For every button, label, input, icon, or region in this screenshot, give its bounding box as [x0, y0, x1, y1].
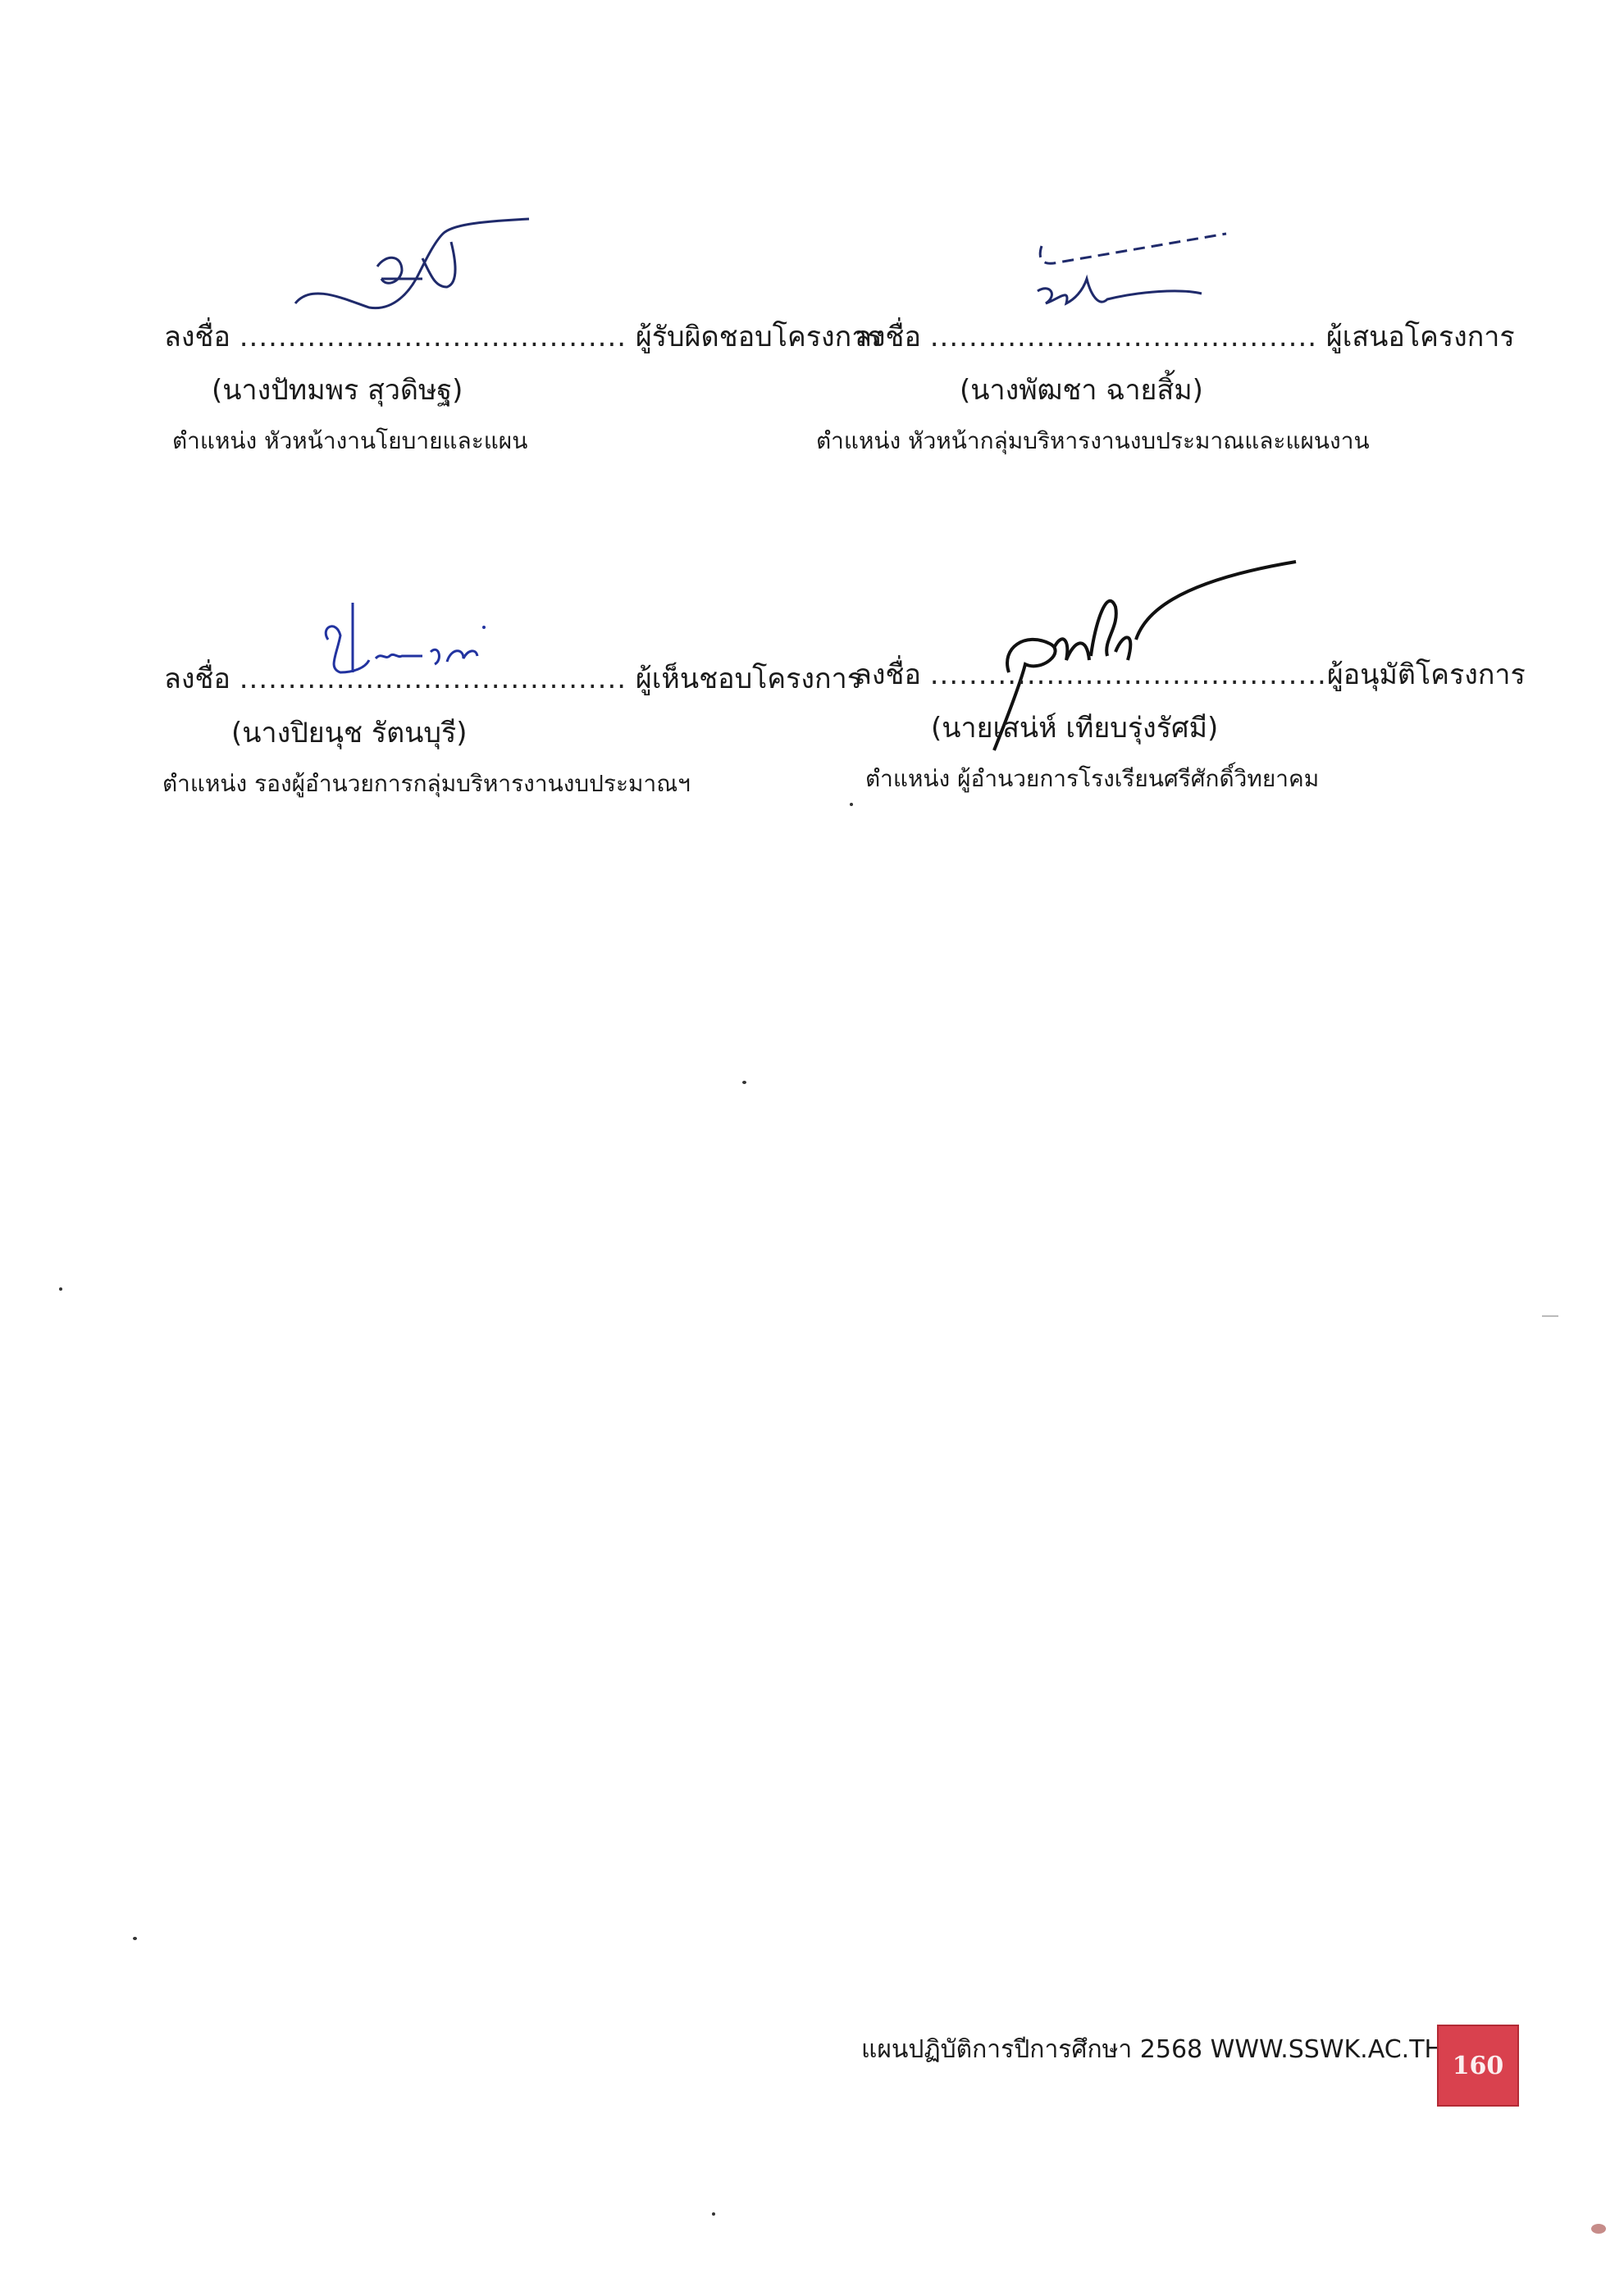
signer-position: ตำแหน่ง หัวหน้างานโยบายและแผน: [172, 423, 527, 459]
signer-name: (นางพัฒชา ฉายสิ้ม): [960, 367, 1203, 412]
signer-name: (นางปัทมพร สุวดิษฐ): [212, 367, 463, 412]
role-label: ผู้รับผิดชอบโครงการ: [636, 321, 883, 353]
signer-name: (นางปิยนุช รัตนบุรี): [231, 710, 468, 754]
page-number-badge: 160: [1437, 2025, 1519, 2107]
signer-position: ตำแหน่ง รองผู้อำนวยการกลุ่มบริหารงานงบปร…: [162, 766, 691, 802]
scan-speck: [59, 1287, 62, 1291]
signature-field: ........................................: [239, 663, 627, 695]
signature-field: ........................................: [930, 321, 1317, 353]
footer-caption: แผนปฏิบัติการปีการศึกษา 2568 WWW.SSWK.AC…: [861, 2030, 1443, 2069]
scan-speck: [742, 1081, 746, 1084]
sign-line-4: ลงชื่อ .................................…: [855, 652, 1526, 696]
signer-position: ตำแหน่ง ผู้อำนวยการโรงเรียนศรีศักดิ์วิทย…: [865, 761, 1319, 797]
signature-field: ........................................…: [930, 658, 1327, 691]
scan-speck: [712, 2212, 715, 2216]
scan-speck: [1591, 2224, 1606, 2234]
page-number: 160: [1453, 2052, 1504, 2080]
sign-label: ลงชื่อ: [855, 658, 921, 691]
scan-speck: [850, 803, 853, 806]
scan-speck: [133, 1937, 137, 1940]
role-label: ผู้เห็นชอบโครงการ: [636, 663, 862, 695]
role-label: ผู้อนุมัติโครงการ: [1327, 658, 1526, 691]
sign-label: ลงชื่อ: [164, 663, 230, 695]
sign-label: ลงชื่อ: [164, 321, 230, 353]
signer-position: ตำแหน่ง หัวหน้ากลุ่มบริหารงานงบประมาณและ…: [816, 423, 1370, 459]
signer-name: (นายเสน่ห์ เทียบรุ่งรัศมี): [931, 705, 1218, 749]
sign-line-2: ลงชื่อ .................................…: [855, 314, 1515, 358]
sign-line-1: ลงชื่อ .................................…: [164, 314, 883, 358]
sign-line-3: ลงชื่อ .................................…: [164, 656, 862, 700]
scan-speck: [1542, 1315, 1558, 1317]
sign-label: ลงชื่อ: [855, 321, 921, 353]
role-label: ผู้เสนอโครงการ: [1326, 321, 1515, 353]
signature-field: ........................................: [239, 321, 627, 353]
